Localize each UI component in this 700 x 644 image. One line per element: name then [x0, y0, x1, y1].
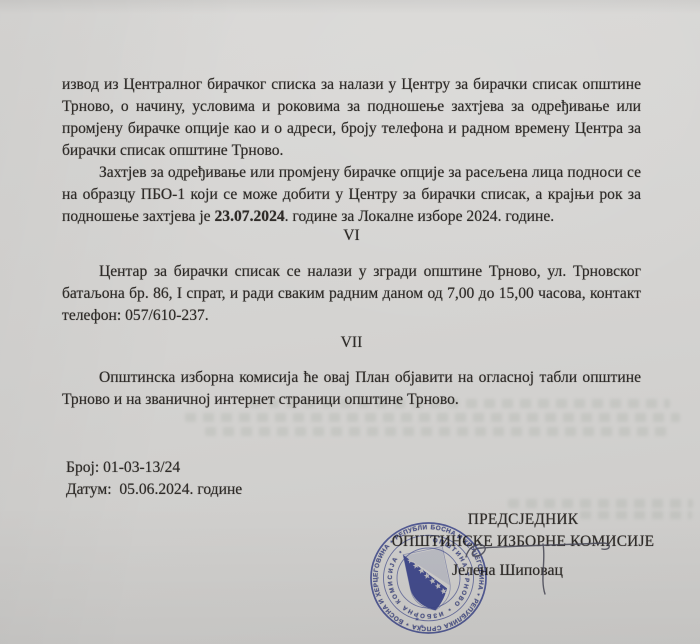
scanned-document-page: извод из Централног бирачког списка за н…	[0, 0, 700, 644]
bleedthrough-text-line	[205, 427, 670, 436]
text-line: Трново, о начину, условима и роковима за…	[62, 96, 641, 118]
text-line: Општинска изборна комисија ће овај План …	[62, 367, 641, 389]
text-line: Трново и на званичној интернет страници …	[62, 389, 641, 411]
text-line: Захтјев за одређивање или промјену бирач…	[62, 162, 641, 184]
deadline-text: подношење захтјева је	[62, 208, 214, 225]
section-heading-vii: VII	[62, 332, 641, 354]
text-line: бирачки списак општине Трново.	[62, 140, 641, 162]
paragraph-voter-register-info: извод из Централног бирачког списка за н…	[62, 74, 641, 162]
text-line: Центар за бирачки списак се налази у згр…	[62, 261, 641, 283]
document-number: Број: 01-03-13/24	[66, 457, 180, 479]
handwritten-signature	[440, 535, 665, 610]
text-line: на образцу ПБО-1 који се може добити у Ц…	[62, 184, 641, 206]
section-heading-vi: VI	[62, 225, 641, 247]
text-line: батаљона бр. 86, I спрат, и ради сваким …	[62, 283, 641, 305]
text-line: извод из Централног бирачког списка за н…	[62, 74, 641, 96]
text-line: промјену бирачке опције као и о адреси, …	[62, 118, 641, 140]
text-line: телефон: 057/610-237.	[62, 305, 641, 327]
paragraph-center-location: Центар за бирачки списак се налази у згр…	[62, 261, 641, 327]
deadline-date: 23.07.2024	[214, 208, 284, 225]
document-date: Датум: 05.06.2024. године	[66, 479, 242, 501]
paragraph-request-deadline: Захтјев за одређивање или промјену бирач…	[62, 162, 641, 228]
deadline-text-tail: . године за Локалне изборе 2024. године.	[285, 208, 555, 225]
bleedthrough-text-line	[185, 413, 680, 422]
paragraph-publication: Општинска изборна комисија ће овај План …	[62, 367, 641, 411]
bleedthrough-text-line	[508, 499, 693, 508]
